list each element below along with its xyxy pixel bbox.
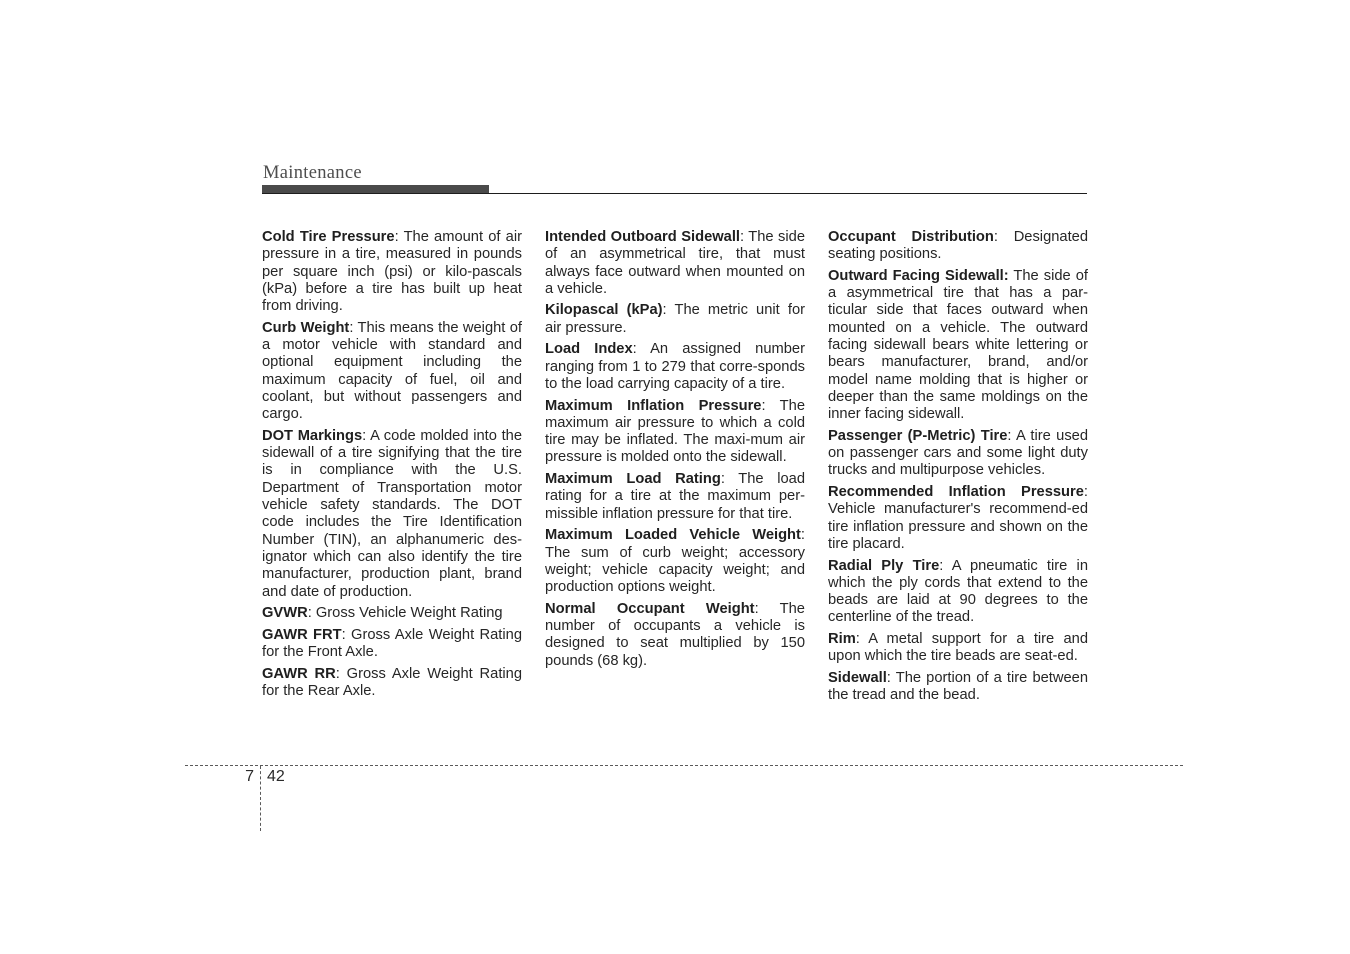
term: Load Index bbox=[545, 341, 633, 357]
term: Normal Occupant Weight bbox=[545, 601, 755, 617]
header-rule-line bbox=[262, 193, 1087, 195]
manual-page: Maintenance Cold Tire Pressure: The amou… bbox=[0, 0, 1350, 954]
entry-recommended-inflation-pressure: Recommended Inflation Pressure: Vehicle … bbox=[828, 484, 1088, 553]
glossary-column-1: Cold Tire Pressure: The amount of air pr… bbox=[262, 229, 522, 709]
entry-cold-tire-pressure: Cold Tire Pressure: The amount of air pr… bbox=[262, 229, 522, 315]
term: Maximum Load Rating bbox=[545, 471, 721, 487]
entry-load-index: Load Index: An assigned number ranging f… bbox=[545, 341, 805, 393]
entry-maximum-load-rating: Maximum Load Rating: The load rating for… bbox=[545, 471, 805, 523]
term: Curb Weight bbox=[262, 320, 349, 336]
entry-dot-markings: DOT Markings: A code molded into the sid… bbox=[262, 428, 522, 601]
section-title: Maintenance bbox=[263, 162, 362, 184]
term: GAWR FRT bbox=[262, 627, 342, 643]
entry-gawr-frt: GAWR FRT: Gross Axle Weight Rating for t… bbox=[262, 627, 522, 662]
term: Recommended Inflation Pressure bbox=[828, 484, 1084, 500]
entry-gvwr: GVWR: Gross Vehicle Weight Rating bbox=[262, 605, 522, 622]
term: Maximum Loaded Vehicle Weight bbox=[545, 527, 801, 543]
entry-rim: Rim: A metal support for a tire and upon… bbox=[828, 631, 1088, 666]
entry-sidewall: Sidewall: The portion of a tire between … bbox=[828, 670, 1088, 705]
entry-intended-outboard-sidewall: Intended Outboard Sidewall: The side of … bbox=[545, 229, 805, 298]
header-rule bbox=[262, 185, 1087, 194]
term: Cold Tire Pressure bbox=[262, 229, 395, 245]
glossary-column-3: Occupant Distribution: Designated seatin… bbox=[828, 229, 1088, 709]
footer-dashed-line bbox=[185, 765, 1183, 766]
definition: : A code molded into the sidewall of a t… bbox=[262, 428, 522, 600]
term: Occupant Distribution bbox=[828, 229, 994, 245]
entry-normal-occupant-weight: Normal Occupant Weight: The number of oc… bbox=[545, 601, 805, 670]
definition: : Gross Vehicle Weight Rating bbox=[308, 605, 503, 621]
term: Outward Facing Sidewall: bbox=[828, 268, 1009, 284]
chapter-number: 7 bbox=[234, 768, 254, 786]
footer-divider-line bbox=[260, 766, 261, 831]
glossary-columns: Cold Tire Pressure: The amount of air pr… bbox=[262, 229, 1088, 709]
term: DOT Markings bbox=[262, 428, 362, 444]
term: Sidewall bbox=[828, 670, 887, 686]
term: Maximum Inflation Pressure bbox=[545, 398, 761, 414]
glossary-column-2: Intended Outboard Sidewall: The side of … bbox=[545, 229, 805, 709]
entry-kilopascal: Kilopascal (kPa): The metric unit for ai… bbox=[545, 302, 805, 337]
term: Rim bbox=[828, 631, 856, 647]
term: Kilopascal (kPa) bbox=[545, 302, 663, 318]
entry-maximum-inflation-pressure: Maximum Inflation Pressure: The maximum … bbox=[545, 398, 805, 467]
entry-maximum-loaded-vehicle-weight: Maximum Loaded Vehicle Weight: The sum o… bbox=[545, 527, 805, 596]
term: Passenger (P-Metric) Tire bbox=[828, 428, 1007, 444]
header-accent-bar bbox=[262, 185, 489, 193]
term: GVWR bbox=[262, 605, 308, 621]
term: Intended Outboard Sidewall bbox=[545, 229, 740, 245]
entry-radial-ply-tire: Radial Ply Tire: A pneumatic tire in whi… bbox=[828, 558, 1088, 627]
entry-outward-facing-sidewall: Outward Facing Sidewall: The side of a a… bbox=[828, 268, 1088, 424]
page-number: 42 bbox=[267, 768, 285, 786]
definition: The side of a asymmetrical tire that has… bbox=[828, 268, 1088, 422]
entry-gawr-rr: GAWR RR: Gross Axle Weight Rating for th… bbox=[262, 666, 522, 701]
term: Radial Ply Tire bbox=[828, 558, 939, 574]
definition: : A metal support for a tire and upon wh… bbox=[828, 631, 1088, 664]
entry-occupant-distribution: Occupant Distribution: Designated seatin… bbox=[828, 229, 1088, 264]
term: GAWR RR bbox=[262, 666, 336, 682]
entry-curb-weight: Curb Weight: This means the weight of a … bbox=[262, 320, 522, 424]
entry-passenger-p-metric-tire: Passenger (P-Metric) Tire: A tire used o… bbox=[828, 428, 1088, 480]
